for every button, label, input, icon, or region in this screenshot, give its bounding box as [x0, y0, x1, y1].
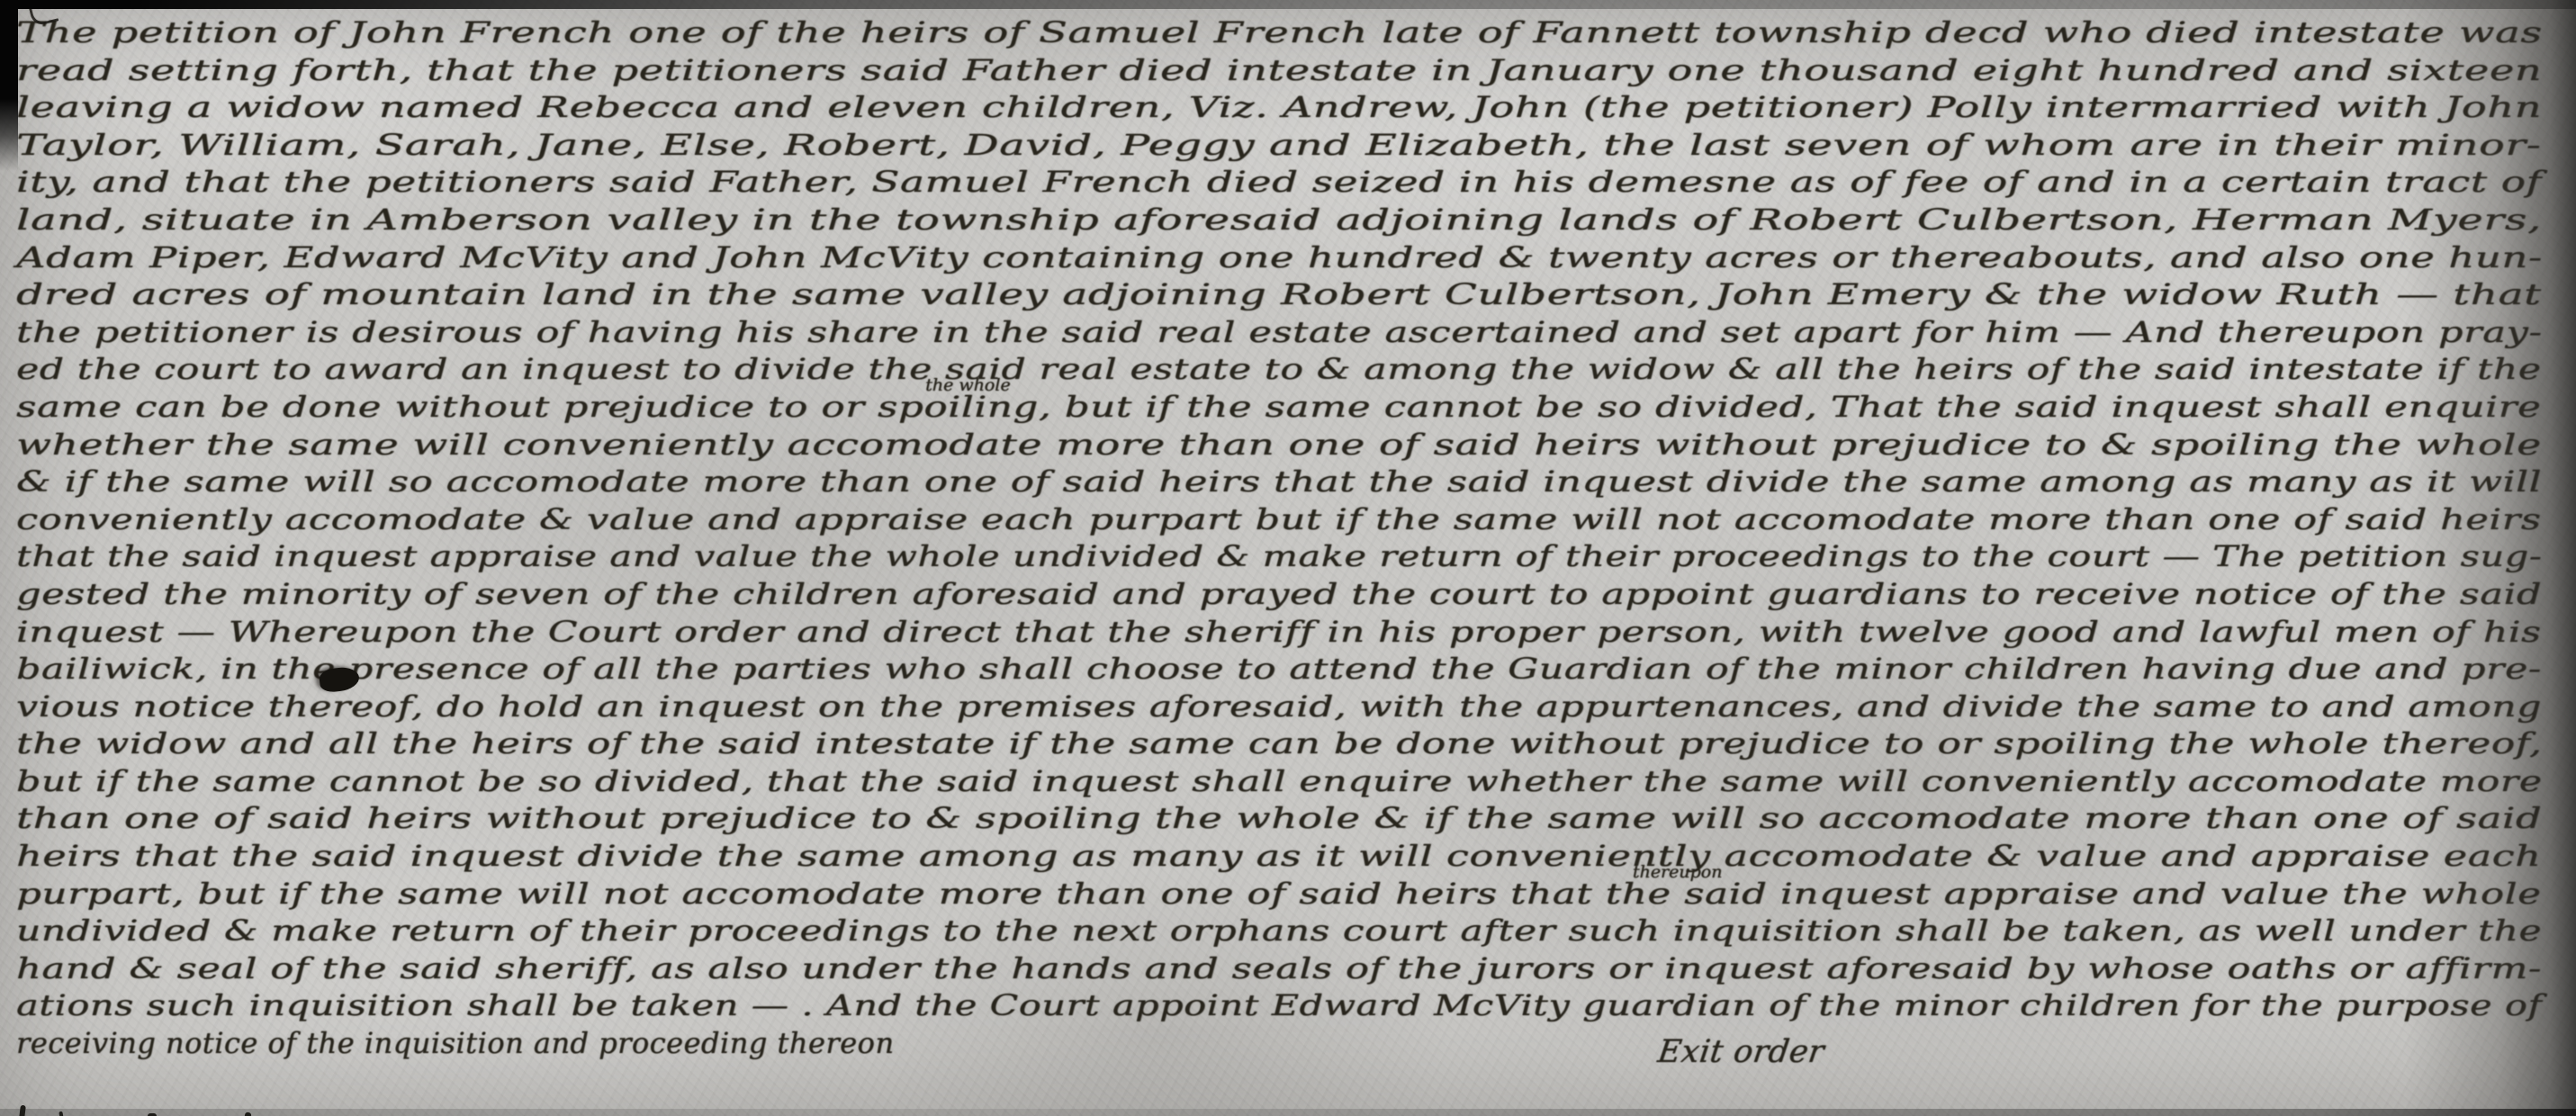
scan-edge-bottom [0, 1109, 2576, 1116]
closing-row: receiving notice of the inquisition and … [16, 1025, 2542, 1063]
manuscript-line: conveniently accomodate & value and appr… [16, 501, 2542, 539]
interlineation: thereupon [1633, 864, 1723, 880]
closing-line: receiving notice of the inquisition and … [16, 1026, 894, 1060]
manuscript-line: & if the same will so accomodate more th… [16, 463, 2542, 501]
manuscript-line: leaving a widow named Rebecca and eleven… [16, 89, 2542, 127]
manuscript-line: Taylor, William, Sarah, Jane, Else, Robe… [16, 127, 2542, 165]
manuscript-line: the petitioner is desirous of having his… [16, 314, 2542, 352]
manuscript-line: hand & seal of the said sheriff, as also… [16, 950, 2542, 988]
manuscript-line: Adam Piper, Edward McVity and John McVit… [16, 239, 2542, 277]
manuscript-lines: The petition of John French one of the h… [16, 14, 2542, 1025]
manuscript-line: vious notice thereof, do hold an inquest… [16, 688, 2542, 726]
scan-edge-corner [0, 0, 18, 171]
manuscript-text: The petition of John French one of the h… [16, 14, 2542, 1116]
manuscript-line: that the said inquest appraise and value… [16, 538, 2542, 576]
manuscript-line: dred acres of mountain land in the same … [16, 276, 2542, 314]
manuscript-line: same can be done without prejudice to or… [16, 389, 2542, 427]
manuscript-line: gested the minority of seven of the chil… [16, 576, 2542, 614]
manuscript-line: ed the court to award an inquest to divi… [16, 351, 2542, 389]
manuscript-line: than one of said heirs without prejudice… [16, 800, 2542, 838]
clerk-note: Exit order [1655, 1034, 1826, 1072]
manuscript-line: ity, and that the petitioners said Fathe… [16, 164, 2542, 202]
manuscript-line: read setting forth, that the petitioners… [16, 52, 2542, 90]
manuscript-line: whether the same will conveniently accom… [16, 427, 2542, 464]
manuscript-line: heirs that the said inquest divide the s… [16, 838, 2542, 876]
manuscript-line: purpart, but if the same will not accomo… [16, 876, 2542, 913]
interlineation: the whole [925, 377, 1010, 393]
manuscript-line: bailiwick, in the presence of all the pa… [16, 651, 2542, 688]
manuscript-line: inquest — Whereupon the Court order and … [16, 614, 2542, 652]
manuscript-line: The petition of John French one of the h… [16, 14, 2542, 52]
manuscript-line: undivided & make return of their proceed… [16, 913, 2542, 950]
scan-edge-top [0, 0, 2576, 9]
manuscript-line: the widow and all the heirs of the said … [16, 725, 2542, 763]
manuscript-line: ations such inquisition shall be taken —… [16, 987, 2542, 1025]
manuscript-line: but if the same cannot be so divided, th… [16, 763, 2542, 801]
scan-edge-right [2405, 0, 2576, 1116]
manuscript-page: The petition of John French one of the h… [0, 0, 2576, 1116]
manuscript-line: land, situate in Amberson valley in the … [16, 202, 2542, 239]
